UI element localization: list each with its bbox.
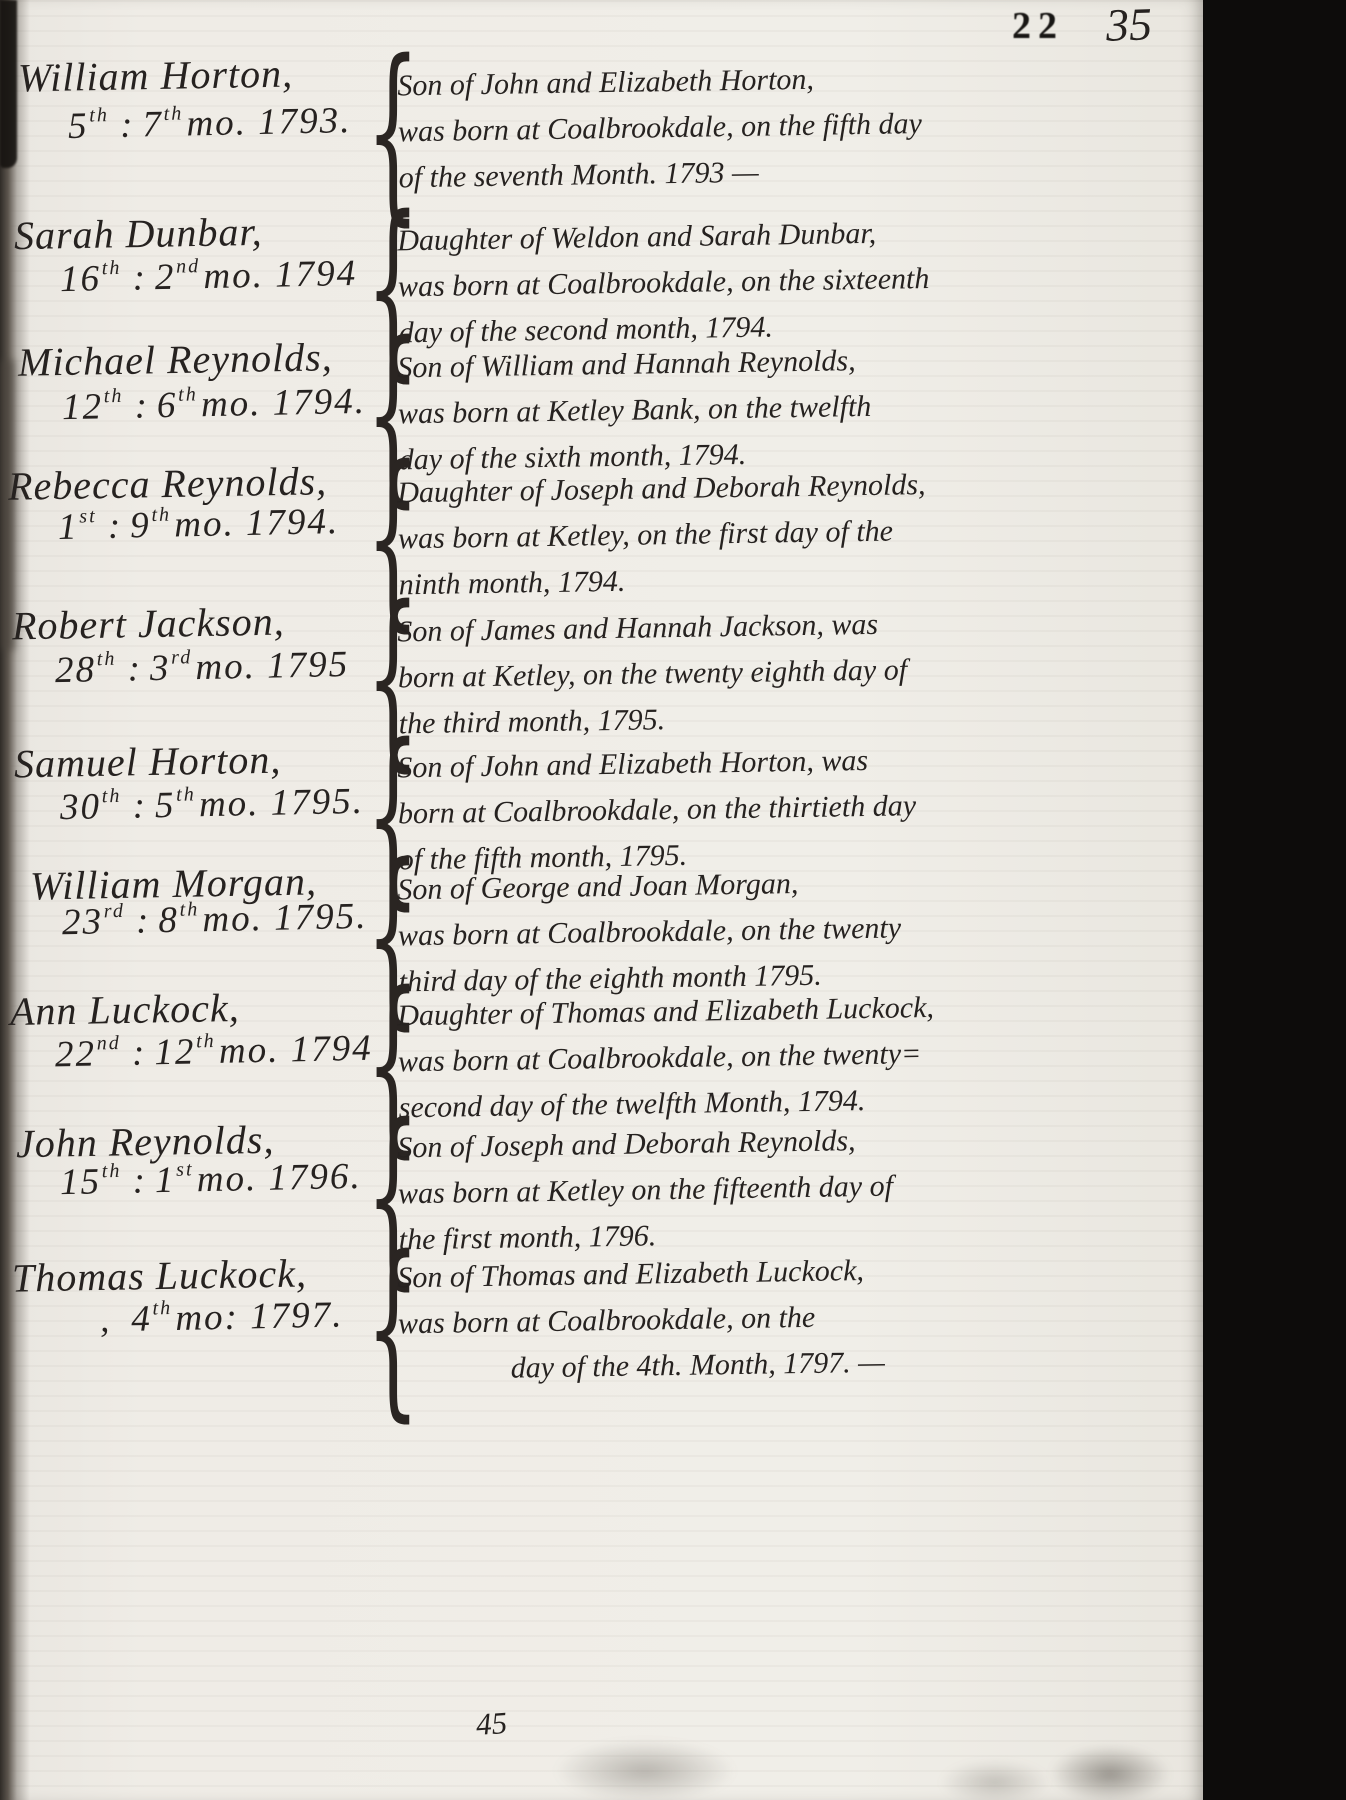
record-line: day of the 4th. Month, 1797. —	[510, 1337, 1079, 1392]
child-name: Sarah Dunbar,	[14, 208, 263, 259]
date-month-suffix: th	[151, 504, 171, 526]
birth-date: 28th:3rdmo. 1795	[55, 643, 350, 692]
scan-background: PUBLIC RECORD OFFICE REFERENCE :- RG 6/1…	[1203, 0, 1346, 1800]
record-text: Son of Joseph and Deborah Reynolds, was …	[397, 1115, 1079, 1264]
date-separator: :	[132, 1032, 147, 1073]
date-separator: :	[107, 506, 122, 547]
birth-date: 12th:6thmo. 1794.	[62, 380, 367, 429]
date-separator: :	[127, 648, 142, 689]
date-separator: :	[134, 385, 149, 426]
child-name: Samuel Horton,	[14, 736, 282, 788]
date-day: 1	[58, 507, 79, 548]
date-month-suffix: st	[176, 1158, 194, 1180]
date-separator: :	[132, 785, 147, 826]
date-month-suffix: rd	[171, 646, 193, 668]
date-day: 12	[62, 386, 104, 428]
date-day: 23	[62, 901, 104, 943]
date-month-suffix: th	[196, 1030, 216, 1052]
ink-smudge	[555, 1740, 735, 1800]
birth-date: 16th:2ndmo. 1794	[60, 252, 358, 301]
date-tail: mo. 1794	[218, 1028, 373, 1072]
date-month: 2	[154, 257, 175, 298]
date-month-suffix: th	[178, 383, 198, 405]
date-separator: :	[132, 257, 147, 298]
date-day: 15	[60, 1161, 102, 1203]
date-month: 7	[142, 104, 163, 145]
date-day-suffix: th	[102, 1160, 122, 1182]
date-month-suffix: th	[179, 898, 199, 920]
date-month-suffix: nd	[176, 255, 200, 277]
record-line: of the seventh Month. 1793 —	[398, 145, 1079, 202]
date-day: 5	[68, 106, 89, 147]
date-day-suffix: th	[89, 104, 109, 126]
date-month: 4	[131, 1298, 152, 1339]
date-day-suffix: rd	[104, 900, 126, 922]
child-name: William Horton,	[18, 50, 294, 102]
child-name: Ann Luckock,	[10, 984, 240, 1035]
date-tail: mo. 1794	[203, 253, 358, 297]
date-day: ,	[100, 1299, 112, 1340]
birth-date: 23rd:8thmo. 1795.	[62, 895, 368, 944]
date-separator: :	[132, 1160, 147, 1201]
record-text: Daughter of Weldon and Sarah Dunbar, was…	[397, 208, 1079, 357]
birth-date: 22nd:12thmo. 1794	[55, 1027, 373, 1077]
binding-gutter-shadow	[0, 0, 30, 1800]
date-day: 30	[60, 786, 102, 828]
record-text: Daughter of Joseph and Deborah Reynolds,…	[397, 460, 1079, 609]
date-month: 5	[154, 785, 175, 826]
record-text: Son of John and Elizabeth Horton, was bo…	[397, 53, 1079, 202]
date-day: 16	[60, 258, 102, 300]
child-name: Robert Jackson,	[12, 598, 285, 650]
date-day-suffix: th	[102, 257, 122, 279]
date-month: 6	[156, 385, 177, 426]
birth-date: 1st:9thmo. 1794.	[58, 500, 340, 549]
birth-date: ,4thmo: 1797.	[100, 1293, 344, 1341]
date-day-suffix: nd	[97, 1032, 121, 1054]
stamp-number: 22	[1012, 4, 1064, 48]
child-name: Thomas Luckock,	[12, 1249, 308, 1301]
register-page: 22 35 45 William Horton, 5th:7thmo. 1793…	[0, 0, 1205, 1800]
record-text: Son of James and Hannah Jackson, was bor…	[397, 599, 1079, 748]
date-separator: :	[136, 900, 151, 941]
date-month-suffix: th	[163, 103, 183, 125]
birth-date: 15th:1stmo. 1796.	[60, 1155, 363, 1204]
date-month: 3	[149, 648, 170, 689]
folio-number-top: 35	[1105, 0, 1153, 52]
record-text: Son of Thomas and Elizabeth Luckock, was…	[397, 1245, 1079, 1394]
date-month: 12	[154, 1031, 196, 1073]
record-text: Daughter of Thomas and Elizabeth Luckock…	[397, 983, 1079, 1132]
date-day-suffix: th	[102, 785, 122, 807]
ink-smudge	[1050, 1745, 1170, 1800]
date-tail: mo: 1797.	[175, 1294, 344, 1339]
date-tail: mo. 1795	[195, 644, 350, 688]
date-tail: mo. 1795.	[199, 781, 365, 825]
date-tail: mo. 1793.	[186, 100, 352, 144]
record-text: Son of George and Joan Morgan, was born …	[397, 857, 1079, 1006]
birth-date: 5th:7thmo. 1793.	[68, 99, 352, 148]
date-tail: mo. 1795.	[202, 896, 368, 940]
binding-shadow-top	[0, 0, 17, 168]
ink-smudge	[940, 1760, 1050, 1800]
date-tail: mo. 1796.	[196, 1156, 362, 1200]
date-day-suffix: th	[104, 385, 124, 407]
brace-icon: {	[366, 1257, 381, 1400]
date-separator	[123, 1299, 124, 1340]
date-day: 28	[55, 649, 97, 691]
date-month: 8	[158, 900, 179, 941]
date-day: 22	[55, 1033, 97, 1075]
date-month: 1	[154, 1160, 175, 1201]
date-day-suffix: st	[79, 505, 97, 527]
date-tail: mo. 1794.	[174, 501, 340, 545]
date-separator: :	[120, 105, 135, 146]
folio-number-bottom: 45	[475, 1705, 508, 1743]
date-day-suffix: th	[97, 648, 117, 670]
birth-date: 30th:5thmo. 1795.	[60, 780, 365, 829]
date-tail: mo. 1794.	[201, 381, 367, 425]
child-name: Michael Reynolds,	[18, 333, 333, 385]
date-month-suffix: th	[176, 783, 196, 805]
date-month: 9	[130, 505, 151, 546]
date-month-suffix: th	[152, 1297, 172, 1319]
